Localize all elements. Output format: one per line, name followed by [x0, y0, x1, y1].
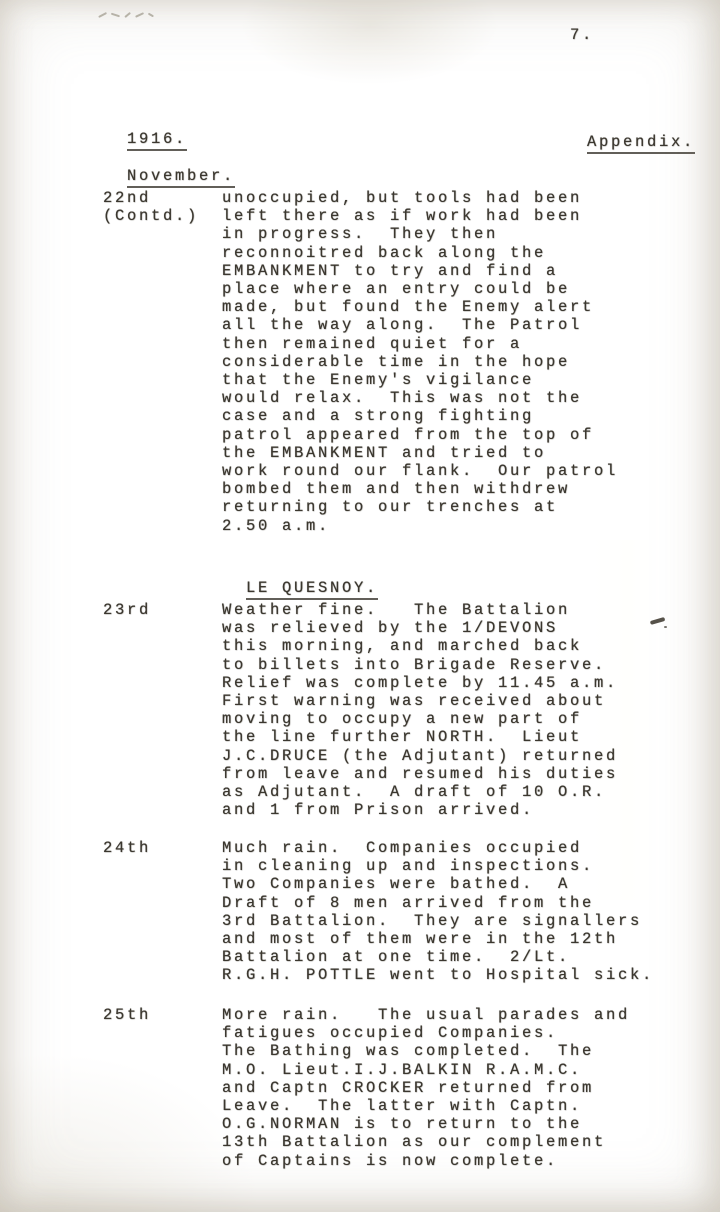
entry-date-label: 23rd	[103, 601, 218, 619]
month-heading-text: November.	[127, 167, 235, 188]
entry-body-text: unoccupied, but tools had been left ther…	[222, 189, 682, 535]
page-number: 7.	[570, 26, 594, 44]
appendix-heading-text: Appendix.	[587, 133, 695, 154]
pencil-mark-icon	[148, 13, 154, 17]
pencil-mark-icon	[98, 12, 107, 18]
paper-stain-top	[230, 0, 510, 90]
pencil-mark-icon	[124, 12, 130, 18]
month-heading: November.	[103, 149, 235, 185]
pencil-mark-icon	[111, 13, 120, 17]
entry-date-label: 22nd (Contd.)	[103, 189, 218, 225]
year-heading: 1916.	[103, 112, 187, 148]
entry-body-text: Weather fine. The Battalion was relieved…	[222, 601, 682, 819]
entry-body-text: More rain. The usual parades and fatigue…	[222, 1006, 682, 1170]
paper-stain-bottom-left	[0, 1052, 260, 1212]
entry-body-text: Much rain. Companies occupied in cleanin…	[222, 839, 682, 985]
pencil-scribble	[98, 3, 158, 21]
section-heading-text: LE QUESNOY.	[246, 579, 378, 600]
entry-date-label: 25th	[103, 1006, 218, 1024]
pencil-mark-icon	[135, 13, 144, 18]
page-number-text: 7.	[570, 26, 594, 44]
scanned-war-diary-page: { "colors": { "paper": "#edeadd", "ink":…	[0, 0, 720, 1212]
entry-date-label: 24th	[103, 839, 218, 857]
section-heading-le-quesnoy: LE QUESNOY.	[222, 561, 378, 597]
appendix-heading: Appendix.	[563, 115, 695, 151]
